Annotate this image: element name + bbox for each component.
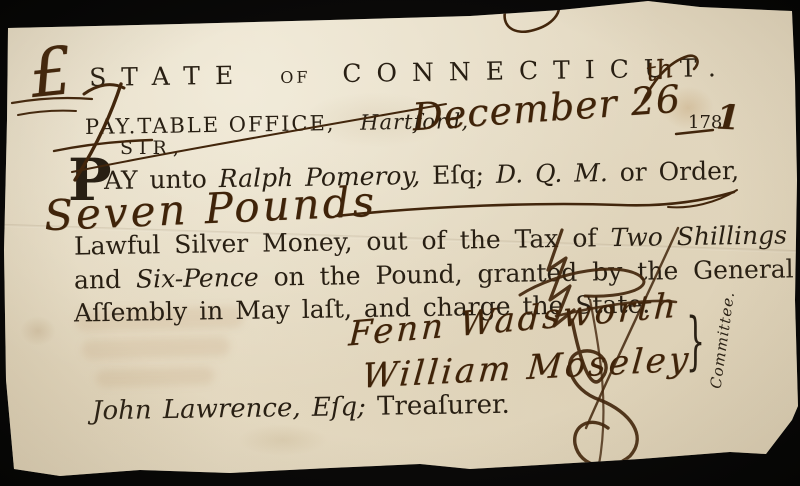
scan-background: STATE OF CONNECTICUT. PAY.TABLE OFFICE, … (0, 0, 800, 486)
edge-shading (0, 0, 800, 486)
document-paper: STATE OF CONNECTICUT. PAY.TABLE OFFICE, … (0, 0, 800, 486)
